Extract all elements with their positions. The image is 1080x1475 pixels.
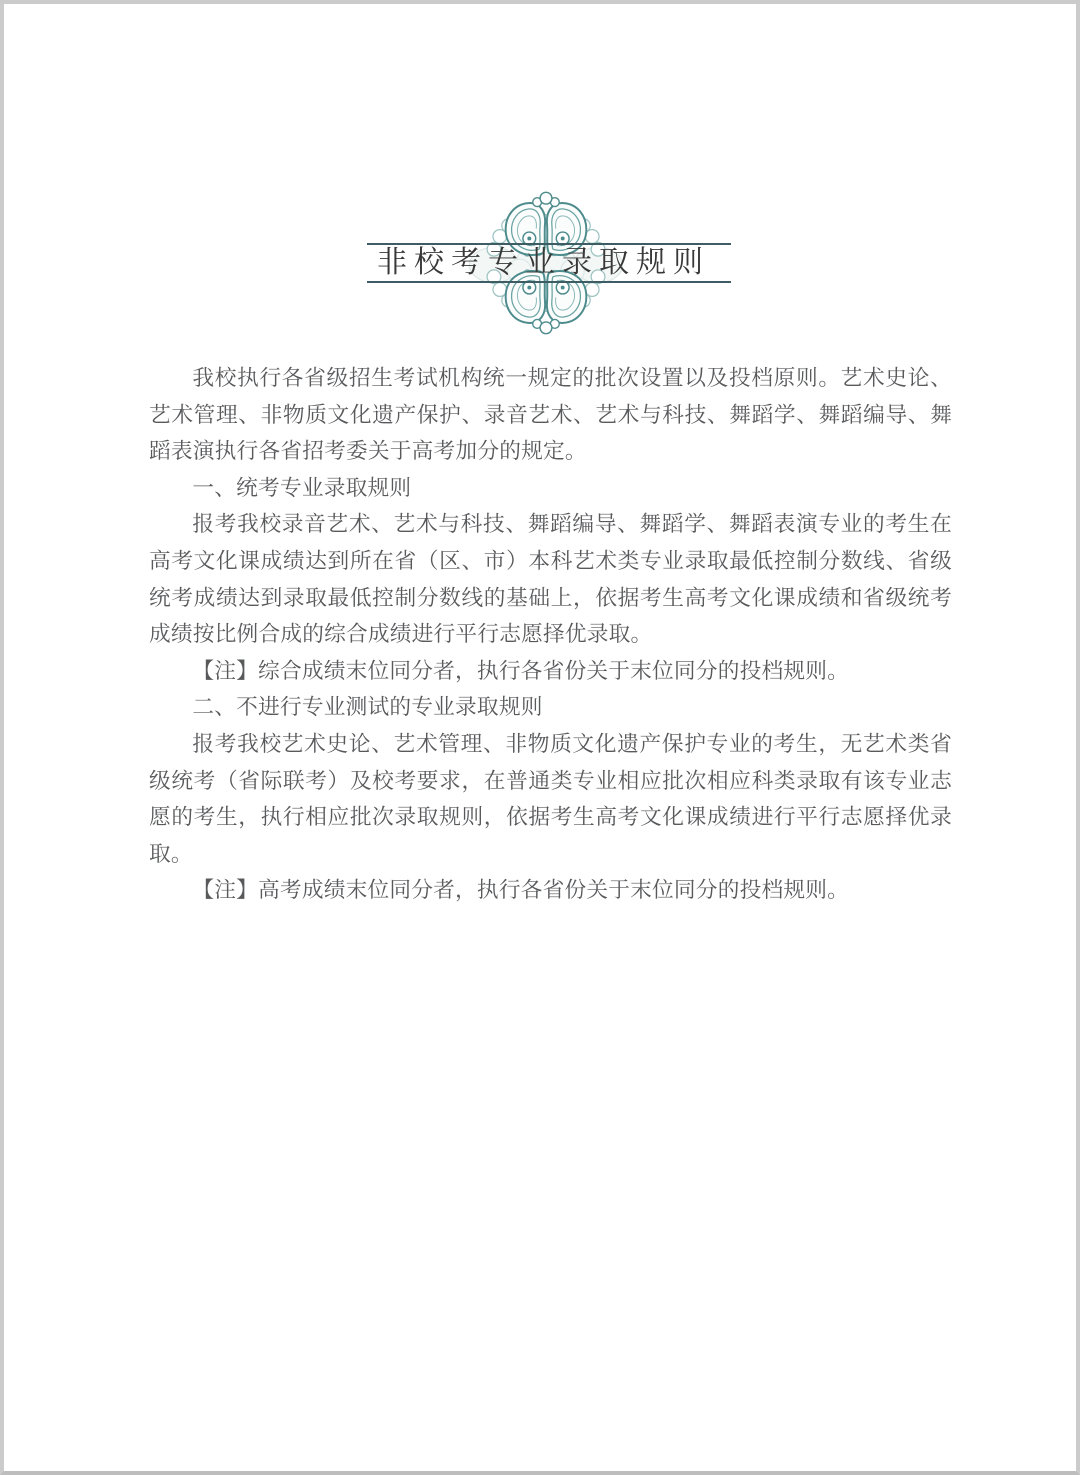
title-header: 非校考专业录取规则 <box>4 4 1076 364</box>
note-line: 【注】综合成绩末位同分者，执行各省份关于末位同分的投档规则。 <box>149 653 952 690</box>
body-paragraph: 我校执行各省级招生考试机构统一规定的批次设置以及投档原则。艺术史论、艺术管理、非… <box>149 360 952 470</box>
title-rule-top <box>367 243 731 245</box>
body-paragraph: 报考我校录音艺术、艺术与科技、舞蹈编导、舞蹈学、舞蹈表演专业的考生在高考文化课成… <box>149 506 952 652</box>
title-rule-bottom <box>367 281 731 283</box>
article-body: 我校执行各省级招生考试机构统一规定的批次设置以及投档原则。艺术史论、艺术管理、非… <box>149 360 952 909</box>
page-title: 非校考专业录取规则 <box>4 247 1076 279</box>
section-heading: 一、统考专业录取规则 <box>149 470 952 507</box>
note-line: 【注】高考成绩末位同分者，执行各省份关于末位同分的投档规则。 <box>149 872 952 909</box>
body-paragraph: 报考我校艺术史论、艺术管理、非物质文化遗产保护专业的考生，无艺术类省级统考（省际… <box>149 726 952 872</box>
section-heading: 二、不进行专业测试的专业录取规则 <box>149 689 952 726</box>
document-page: 非校考专业录取规则 我校执行各省级招生考试机构统一规定的批次设置以及投档原则。艺… <box>0 0 1080 1475</box>
